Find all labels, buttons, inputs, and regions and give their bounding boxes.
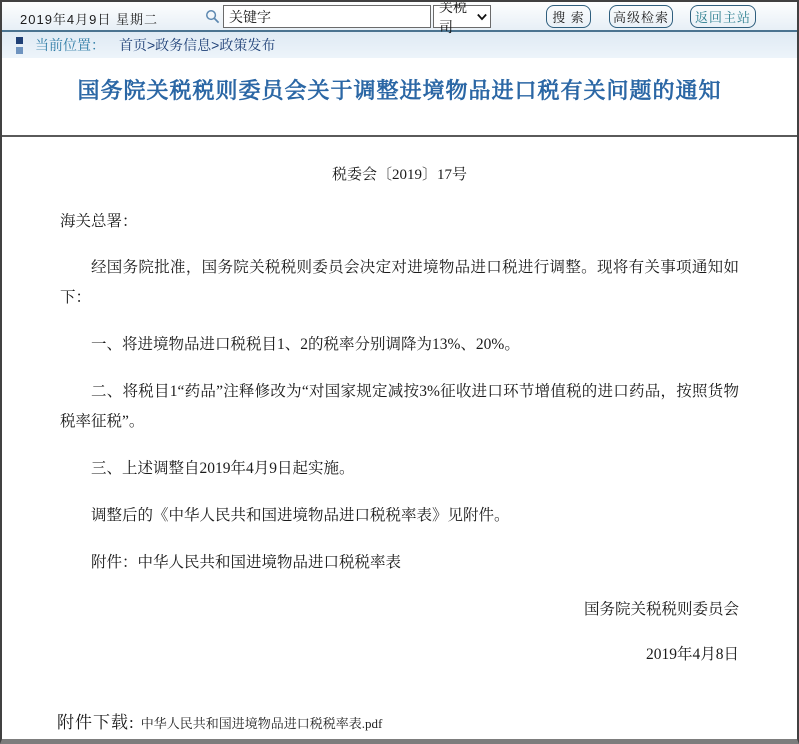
- paragraph: 一、将进境物品进口税税目1、2的税率分别调降为13%、20%。: [60, 330, 739, 360]
- attachment-label: 附件下载:: [57, 708, 135, 733]
- advanced-search-button[interactable]: 高级检索: [609, 5, 673, 28]
- breadcrumb-marker-icon: [16, 37, 23, 54]
- title-divider: [2, 135, 797, 137]
- current-date: 2019年4月9日 星期二: [20, 9, 158, 28]
- breadcrumb-label: 当前位置：: [35, 35, 105, 55]
- paragraph: 经国务院批准，国务院关税税则委员会决定对进境物品进口税进行调整。现将有关事项通知…: [60, 253, 739, 313]
- department-select-value: 关税司: [439, 0, 477, 37]
- page-title: 国务院关税税则委员会关于调整进境物品进口税有关问题的通知: [2, 74, 797, 105]
- salutation: 海关总署：: [60, 208, 739, 236]
- department-select[interactable]: 关税司: [433, 5, 491, 28]
- chevron-down-icon: [477, 13, 487, 21]
- page-frame: 2019年4月9日 星期二 关税司 搜 索 高级检索 返回主站 当前位置： 首页…: [0, 0, 799, 744]
- signature-date: 2019年4月8日: [60, 641, 739, 669]
- attachment-download: 附件下载: 中华人民共和国进境物品进口税税率表.pdf: [57, 708, 382, 733]
- breadcrumb-path[interactable]: 首页>政务信息>政策发布: [119, 35, 275, 55]
- search-input[interactable]: [223, 5, 431, 28]
- document-number: 税委会〔2019〕17号: [60, 163, 739, 184]
- paragraph: 三、上述调整自2019年4月9日起实施。: [60, 454, 739, 484]
- topbar: 2019年4月9日 星期二 关税司 搜 索 高级检索 返回主站: [2, 2, 797, 32]
- document-body: 税委会〔2019〕17号 海关总署： 经国务院批准，国务院关税税则委员会决定对进…: [2, 163, 797, 669]
- search-icon: [205, 9, 220, 24]
- return-home-button[interactable]: 返回主站: [690, 5, 756, 28]
- signature: 国务院关税税则委员会: [60, 596, 739, 624]
- breadcrumb-bar: 当前位置： 首页>政务信息>政策发布: [2, 32, 797, 58]
- paragraph: 调整后的《中华人民共和国进境物品进口税税率表》见附件。: [60, 501, 739, 531]
- paragraph: 二、将税目1“药品”注释修改为“对国家规定减按3%征收进口环节增值税的进口药品，…: [60, 377, 739, 437]
- paragraph: 附件：中华人民共和国进境物品进口税税率表: [60, 548, 739, 578]
- attachment-pdf-link[interactable]: 中华人民共和国进境物品进口税税率表.pdf: [141, 713, 383, 732]
- search-button[interactable]: 搜 索: [546, 5, 591, 28]
